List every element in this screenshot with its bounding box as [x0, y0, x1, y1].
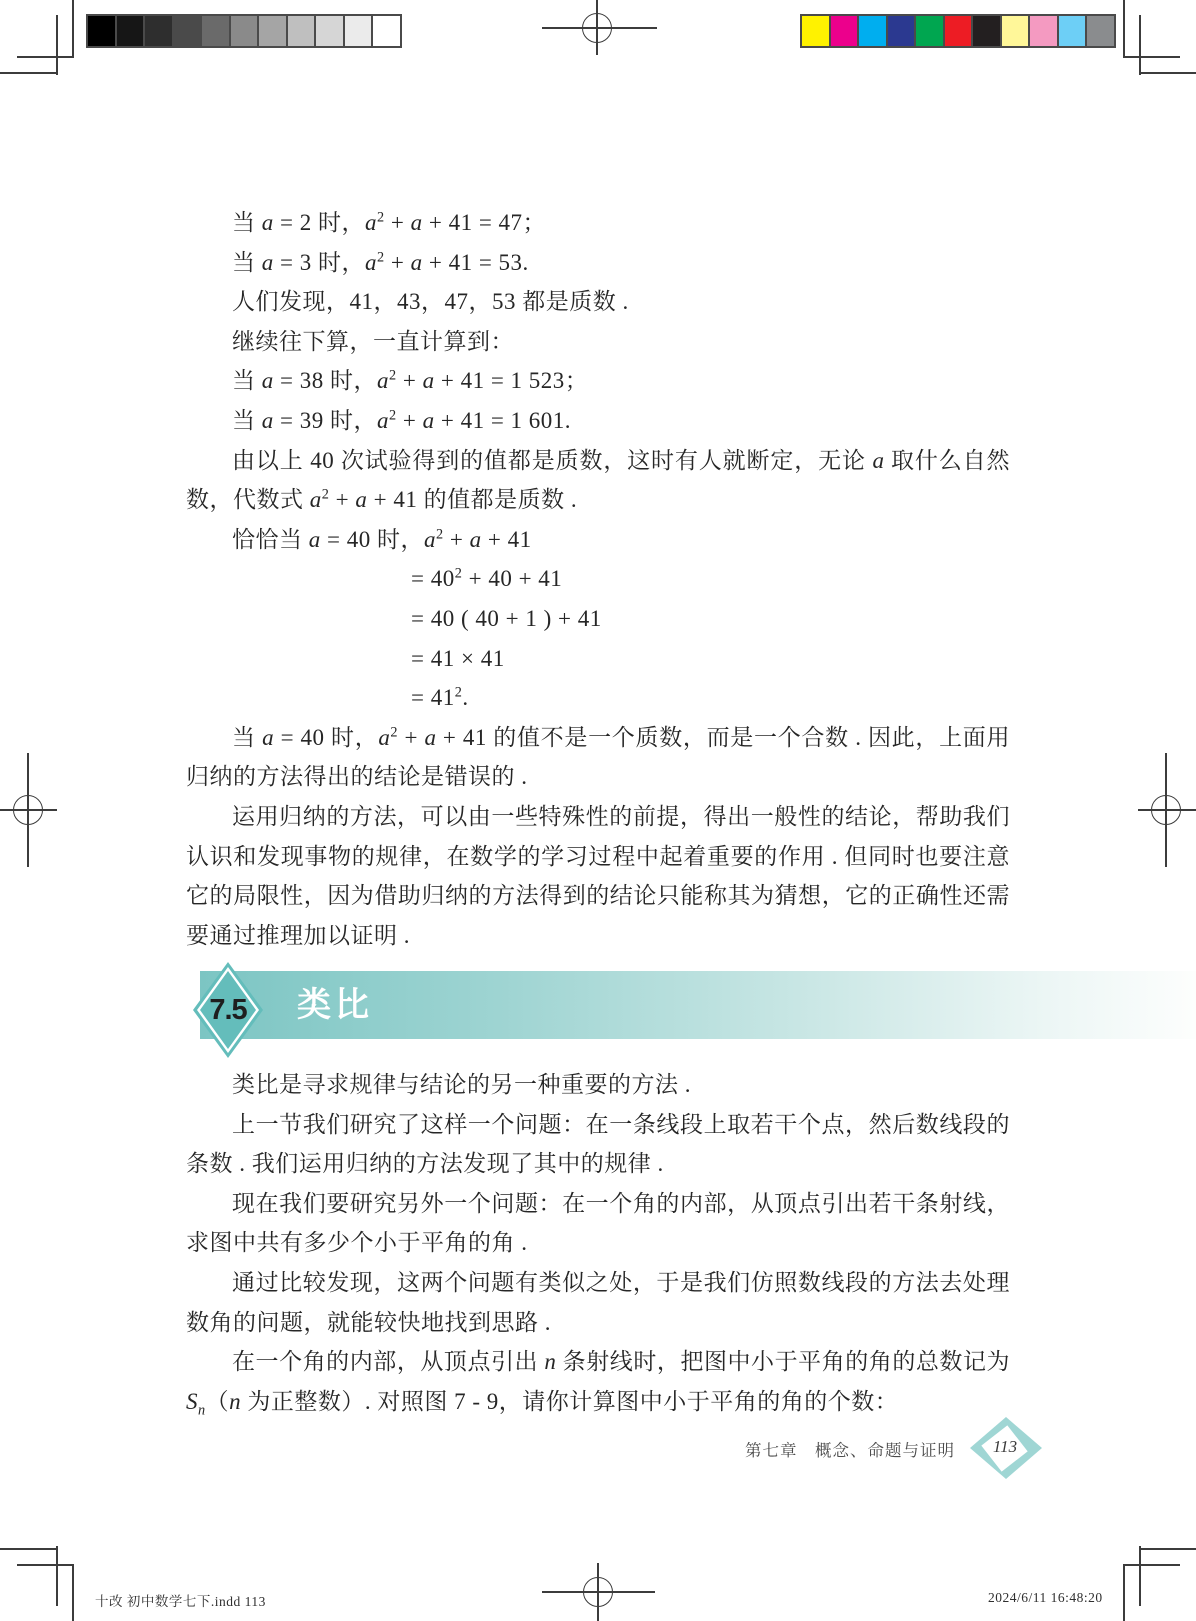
calibration-swatch — [145, 16, 174, 46]
paragraph: 上一节我们研究了这样一个问题：在一条线段上取若干个点，然后数线段的条数 . 我们… — [186, 1105, 1010, 1184]
page: 当 a = 2 时，a2 + a + 41 = 47；当 a = 3 时，a2 … — [0, 0, 1196, 1621]
calibration-swatch — [117, 16, 146, 46]
calibration-swatch — [1059, 16, 1088, 46]
calibration-swatch — [859, 16, 888, 46]
section-number: 7.5 — [209, 994, 246, 1027]
equation-line: = 412. — [411, 678, 1010, 718]
paragraph: 在一个角的内部，从顶点引出 n 条射线时，把图中小于平角的角的总数记为 Sn（n… — [186, 1342, 1010, 1421]
calibration-swatch — [1087, 16, 1114, 46]
paragraph: 类比是寻求规律与结论的另一种重要的方法 . — [186, 1065, 1010, 1105]
calibration-swatch — [373, 16, 400, 46]
grayscale-calibration-bar — [86, 14, 402, 48]
equation-line: = 402 + 40 + 41 — [411, 559, 1010, 599]
calibration-swatch — [316, 16, 345, 46]
calibration-swatch — [888, 16, 917, 46]
print-slug-datetime: 2024/6/11 16:48:20 — [988, 1590, 1103, 1606]
paragraph: 人们发现，41，43，47，53 都是质数 . — [186, 282, 1010, 322]
chapter-title: 第七章 概念、命题与证明 — [745, 1437, 955, 1461]
paragraph: 继续往下算，一直计算到： — [186, 322, 1010, 362]
body-text-upper: 当 a = 2 时，a2 + a + 41 = 47；当 a = 3 时，a2 … — [186, 203, 1010, 955]
equation-line: = 40 ( 40 + 1 ) + 41 — [411, 599, 1010, 639]
calibration-swatch — [231, 16, 260, 46]
calibration-swatch — [945, 16, 974, 46]
section-banner: 类比 — [200, 971, 1196, 1039]
color-calibration-bar — [800, 14, 1116, 48]
paragraph: 当 a = 40 时，a2 + a + 41 的值不是一个质数，而是一个合数 .… — [186, 718, 1010, 797]
calibration-swatch — [88, 16, 117, 46]
section-title: 类比 — [297, 971, 373, 1039]
calibration-swatch — [288, 16, 317, 46]
paragraph: 当 a = 38 时，a2 + a + 41 = 1 523； — [186, 361, 1010, 401]
paragraph: 现在我们要研究另外一个问题：在一个角的内部，从顶点引出若干条射线，求图中共有多少… — [186, 1184, 1010, 1263]
calibration-swatch — [174, 16, 203, 46]
calibration-swatch — [831, 16, 860, 46]
body-text-lower: 类比是寻求规律与结论的另一种重要的方法 .上一节我们研究了这样一个问题：在一条线… — [186, 1065, 1010, 1421]
paragraph: 当 a = 3 时，a2 + a + 41 = 53. — [186, 243, 1010, 283]
calibration-swatch — [1002, 16, 1031, 46]
calibration-swatch — [973, 16, 1002, 46]
equation-line: = 41 × 41 — [411, 639, 1010, 679]
paragraph: 当 a = 39 时，a2 + a + 41 = 1 601. — [186, 401, 1010, 441]
calibration-swatch — [916, 16, 945, 46]
paragraph: 运用归纳的方法，可以由一些特殊性的前提，得出一般性的结论，帮助我们认识和发现事物… — [186, 797, 1010, 955]
page-number: 113 — [983, 1437, 1027, 1457]
paragraph: 由以上 40 次试验得到的值都是质数，这时有人就断定，无论 a 取什么自然数，代… — [186, 441, 1010, 520]
calibration-swatch — [202, 16, 231, 46]
calibration-swatch — [1030, 16, 1059, 46]
calibration-swatch — [259, 16, 288, 46]
calibration-swatch — [345, 16, 374, 46]
calibration-swatch — [802, 16, 831, 46]
paragraph: 当 a = 2 时，a2 + a + 41 = 47； — [186, 203, 1010, 243]
paragraph: 恰恰当 a = 40 时，a2 + a + 41 — [186, 520, 1010, 560]
print-slug-filename: 十改 初中数学七下.indd 113 — [95, 1590, 266, 1610]
paragraph: 通过比较发现，这两个问题有类似之处，于是我们仿照数线段的方法去处理数角的问题，就… — [186, 1263, 1010, 1342]
